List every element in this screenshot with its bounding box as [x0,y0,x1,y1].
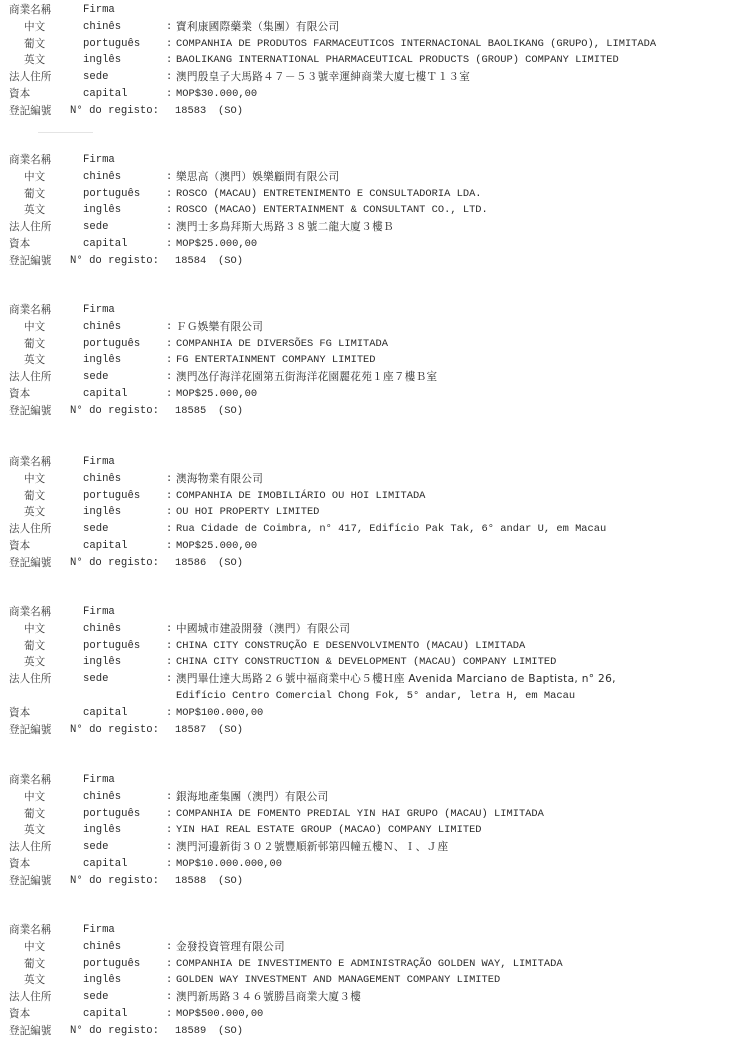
chinese-label-zh: 中文 [24,939,45,956]
company-entry: 商業名稱Firma 中文chinês:寶利康國際藥業（集團）有限公司 葡文por… [9,2,724,120]
colon: : [166,638,172,655]
english-label-zh: 英文 [24,352,45,369]
portuguese-label-pt: português [83,488,140,505]
capital-label-pt: capital [83,705,128,722]
registo-label-pt: N° do registo: [70,403,159,420]
portuguese-name-value: COMPANHIA DE PRODUTOS FARMACEUTICOS INTE… [176,36,656,53]
colon: : [166,386,172,403]
english-name-row: 英文inglês:OU HOI PROPERTY LIMITED [9,504,724,521]
firma-label-pt: Firma [83,152,115,169]
registo-label-pt: N° do registo: [70,555,159,572]
colon: : [166,621,172,638]
sede-label-zh: 法人住所 [9,521,51,538]
chinese-label-pt: chinês [83,471,121,488]
sede-label-zh: 法人住所 [9,989,51,1006]
portuguese-name-value: COMPANHIA DE INVESTIMENTO E ADMINISTRAÇÃ… [176,956,563,973]
firma-row: 商業名稱Firma [9,302,724,319]
chinese-name-value: 樂思高（澳門）娛樂顧問有限公司 [176,169,339,186]
capital-label-pt: capital [83,856,128,873]
firma-label-zh: 商業名稱 [9,772,51,789]
portuguese-label-pt: português [83,956,140,973]
sede-label-zh: 法人住所 [9,219,51,236]
chinese-name-value: 中國城市建設開發（澳門）有限公司 [176,621,350,638]
registo-number: 18587 [175,722,206,739]
portuguese-label-pt: português [83,638,140,655]
portuguese-label-zh: 葡文 [24,336,45,353]
colon: : [166,806,172,823]
registo-number: 18586 [175,555,206,572]
firma-label-pt: Firma [83,302,115,319]
chinese-name-value: 寶利康國際藥業（集團）有限公司 [176,19,339,36]
chinese-name-row: 中文chinês:寶利康國際藥業（集團）有限公司 [9,19,724,36]
portuguese-name-row: 葡文português:COMPANHIA DE IMOBILIÁRIO OU … [9,488,724,505]
sede-label-pt: sede [83,989,108,1006]
colon: : [166,169,172,186]
registo-suffix: (SO) [218,253,243,270]
firma-row: 商業名稱Firma [9,152,724,169]
colon: : [166,19,172,36]
registo-row: 登記編號N° do registo:18585(SO) [9,403,724,420]
chinese-label-pt: chinês [83,169,121,186]
capital-label-pt: capital [83,538,128,555]
firma-label-pt: Firma [83,604,115,621]
sede-row: 法人住所sede:澳門士多鳥拜斯大馬路３８號二龍大廈３樓Ｂ [9,219,724,236]
capital-label-pt: capital [83,386,128,403]
capital-value: MOP$25.000,00 [176,538,257,555]
portuguese-label-pt: português [83,186,140,203]
capital-label-zh: 資本 [9,386,30,403]
sede-value-continued: Edifício Centro Comercial Chong Fok, 5° … [176,688,575,705]
colon: : [166,989,172,1006]
chinese-name-row: 中文chinês:金發投資管理有限公司 [9,939,724,956]
colon: : [166,521,172,538]
colon: : [166,972,172,989]
sede-label-zh: 法人住所 [9,839,51,856]
portuguese-label-zh: 葡文 [24,806,45,823]
firma-label-pt: Firma [83,454,115,471]
chinese-name-row: 中文chinês:澳海物業有限公司 [9,471,724,488]
portuguese-name-row: 葡文português:COMPANHIA DE PRODUTOS FARMAC… [9,36,724,53]
english-name-row: 英文inglês:FG ENTERTAINMENT COMPANY LIMITE… [9,352,724,369]
registo-label-pt: N° do registo: [70,1023,159,1040]
firma-row: 商業名稱Firma [9,2,724,19]
portuguese-label-zh: 葡文 [24,956,45,973]
portuguese-name-value: COMPANHIA DE IMOBILIÁRIO OU HOI LIMITADA [176,488,425,505]
capital-row: 資本capital:MOP$30.000,00 [9,86,724,103]
registo-number: 18584 [175,253,206,270]
sede-value: 澳門新馬路３４６號勝昌商業大廈３樓 [176,989,361,1006]
sede-value: 澳門氹仔海洋花園第五街海洋花園麗花苑１座７樓Ｂ室 [176,369,437,386]
registo-label-zh: 登記編號 [9,722,51,739]
firma-label-pt: Firma [83,922,115,939]
english-label-zh: 英文 [24,202,45,219]
sede-value: Rua Cidade de Coimbra, n° 417, Edifício … [176,521,606,538]
registo-number: 18583 [175,103,206,120]
colon: : [166,219,172,236]
company-entry: 商業名稱Firma 中文chinês:金發投資管理有限公司 葡文portuguê… [9,922,724,1040]
colon: : [166,369,172,386]
capital-value: MOP$25.000,00 [176,236,257,253]
english-name-value: GOLDEN WAY INVESTMENT AND MANAGEMENT COM… [176,972,500,989]
english-label-pt: inglês [83,822,121,839]
colon: : [166,336,172,353]
colon: : [166,956,172,973]
english-label-pt: inglês [83,52,121,69]
firma-row: 商業名稱Firma [9,454,724,471]
registo-suffix: (SO) [218,403,243,420]
firma-label-zh: 商業名稱 [9,604,51,621]
chinese-label-zh: 中文 [24,789,45,806]
english-name-row: 英文inglês:ROSCO (MACAO) ENTERTAINMENT & C… [9,202,724,219]
sede-row: 法人住所sede:澳門殷皇子大馬路４７－５３號幸運紳商業大廈七樓Ｔ１３室 [9,69,724,86]
sede-value: 澳門士多鳥拜斯大馬路３８號二龍大廈３樓Ｂ [176,219,394,236]
english-label-pt: inglês [83,654,121,671]
capital-label-zh: 資本 [9,236,30,253]
capital-label-pt: capital [83,1006,128,1023]
colon: : [166,488,172,505]
portuguese-name-row: 葡文português:COMPANHIA DE DIVERSÕES FG LI… [9,336,724,353]
firma-label-zh: 商業名稱 [9,302,51,319]
company-entry: 商業名稱Firma 中文chinês:ＦＧ娛樂有限公司 葡文português:… [9,302,724,420]
registo-label-zh: 登記編號 [9,403,51,420]
chinese-label-zh: 中文 [24,319,45,336]
portuguese-name-value: CHINA CITY CONSTRUÇÃO E DESENVOLVIMENTO … [176,638,525,655]
registo-label-pt: N° do registo: [70,873,159,890]
portuguese-label-zh: 葡文 [24,186,45,203]
capital-label-zh: 資本 [9,1006,30,1023]
registo-label-zh: 登記編號 [9,555,51,572]
sede-label-zh: 法人住所 [9,69,51,86]
colon: : [166,69,172,86]
capital-row: 資本capital:MOP$25.000,00 [9,386,724,403]
colon: : [166,319,172,336]
chinese-name-row: 中文chinês:中國城市建設開發（澳門）有限公司 [9,621,724,638]
capital-value: MOP$25.000,00 [176,386,257,403]
colon: : [166,186,172,203]
colon: : [166,839,172,856]
firma-label-zh: 商業名稱 [9,922,51,939]
capital-row: 資本capital:MOP$25.000,00 [9,538,724,555]
chinese-name-row: 中文chinês:銀海地產集團（澳門）有限公司 [9,789,724,806]
english-name-value: OU HOI PROPERTY LIMITED [176,504,319,521]
portuguese-name-value: COMPANHIA DE DIVERSÕES FG LIMITADA [176,336,388,353]
portuguese-label-pt: português [83,36,140,53]
chinese-label-zh: 中文 [24,169,45,186]
portuguese-name-row: 葡文português:ROSCO (MACAU) ENTRETENIMENTO… [9,186,724,203]
chinese-label-zh: 中文 [24,19,45,36]
colon: : [166,352,172,369]
sede-row-continued: Edifício Centro Comercial Chong Fok, 5° … [9,688,724,705]
sede-label-pt: sede [83,219,108,236]
english-label-zh: 英文 [24,822,45,839]
firma-label-zh: 商業名稱 [9,152,51,169]
portuguese-label-pt: português [83,336,140,353]
registo-number: 18589 [175,1023,206,1040]
english-label-pt: inglês [83,972,121,989]
sede-label-pt: sede [83,369,108,386]
portuguese-name-value: ROSCO (MACAU) ENTRETENIMENTO E CONSULTAD… [176,186,482,203]
sede-value: 澳門河邊新街３０２號豐順新邨第四幢五樓Ｎ、Ｉ、Ｊ座 [176,839,448,856]
firma-row: 商業名稱Firma [9,772,724,789]
capital-value: MOP$100.000,00 [176,705,263,722]
chinese-name-row: 中文chinês:樂思高（澳門）娛樂顧問有限公司 [9,169,724,186]
chinese-label-pt: chinês [83,319,121,336]
registo-row: 登記編號N° do registo:18588(SO) [9,873,724,890]
firma-label-pt: Firma [83,2,115,19]
english-label-zh: 英文 [24,52,45,69]
registo-label-zh: 登記編號 [9,253,51,270]
sede-label-pt: sede [83,69,108,86]
firma-row: 商業名稱Firma [9,604,724,621]
sede-value: 澳門殷皇子大馬路４７－５３號幸運紳商業大廈七樓Ｔ１３室 [176,69,470,86]
capital-label-zh: 資本 [9,856,30,873]
registo-row: 登記編號N° do registo:18584(SO) [9,253,724,270]
registo-label-pt: N° do registo: [70,103,159,120]
chinese-label-zh: 中文 [24,471,45,488]
sede-row: 法人住所sede:澳門新馬路３４６號勝昌商業大廈３樓 [9,989,724,1006]
colon: : [166,236,172,253]
colon: : [166,52,172,69]
portuguese-name-row: 葡文português:COMPANHIA DE INVESTIMENTO E … [9,956,724,973]
scan-artifact [38,132,93,133]
english-name-row: 英文inglês:CHINA CITY CONSTRUCTION & DEVEL… [9,654,724,671]
capital-row: 資本capital:MOP$100.000,00 [9,705,724,722]
sede-row: 法人住所sede:Rua Cidade de Coimbra, n° 417, … [9,521,724,538]
firma-label-zh: 商業名稱 [9,454,51,471]
chinese-label-pt: chinês [83,19,121,36]
registo-number: 18585 [175,403,206,420]
company-entry: 商業名稱Firma 中文chinês:中國城市建設開發（澳門）有限公司 葡文po… [9,604,724,738]
colon: : [166,471,172,488]
registo-suffix: (SO) [218,103,243,120]
english-name-value: FG ENTERTAINMENT COMPANY LIMITED [176,352,376,369]
english-label-zh: 英文 [24,972,45,989]
english-label-pt: inglês [83,202,121,219]
sede-label-pt: sede [83,671,108,688]
colon: : [166,705,172,722]
firma-label-zh: 商業名稱 [9,2,51,19]
capital-label-pt: capital [83,86,128,103]
registo-row: 登記編號N° do registo:18587(SO) [9,722,724,739]
capital-label-zh: 資本 [9,538,30,555]
sede-row: 法人住所sede:澳門畢仕達大馬路２６號中福商業中心５樓Ｈ座 Avenida M… [9,671,724,688]
capital-value: MOP$500.000,00 [176,1006,263,1023]
colon: : [166,822,172,839]
chinese-name-row: 中文chinês:ＦＧ娛樂有限公司 [9,319,724,336]
sede-label-pt: sede [83,521,108,538]
chinese-label-zh: 中文 [24,621,45,638]
english-name-value: YIN HAI REAL ESTATE GROUP (MACAO) COMPAN… [176,822,482,839]
registo-suffix: (SO) [218,722,243,739]
sede-label-pt: sede [83,839,108,856]
company-entry: 商業名稱Firma 中文chinês:澳海物業有限公司 葡文português:… [9,454,724,572]
colon: : [166,202,172,219]
company-entry: 商業名稱Firma 中文chinês:銀海地產集團（澳門）有限公司 葡文port… [9,772,724,890]
colon: : [166,538,172,555]
english-name-value: CHINA CITY CONSTRUCTION & DEVELOPMENT (M… [176,654,556,671]
english-label-pt: inglês [83,504,121,521]
portuguese-label-zh: 葡文 [24,638,45,655]
colon: : [166,86,172,103]
english-label-zh: 英文 [24,654,45,671]
sede-value: 澳門畢仕達大馬路２６號中福商業中心５樓Ｈ座 Avenida Marciano d… [176,671,616,688]
registo-suffix: (SO) [218,555,243,572]
english-name-value: ROSCO (MACAO) ENTERTAINMENT & CONSULTANT… [176,202,488,219]
registo-number: 18588 [175,873,206,890]
registo-row: 登記編號N° do registo:18586(SO) [9,555,724,572]
firma-row: 商業名稱Firma [9,922,724,939]
registo-suffix: (SO) [218,873,243,890]
registo-label-zh: 登記編號 [9,1023,51,1040]
capital-label-zh: 資本 [9,705,30,722]
sede-row: 法人住所sede:澳門河邊新街３０２號豐順新邨第四幢五樓Ｎ、Ｉ、Ｊ座 [9,839,724,856]
colon: : [166,504,172,521]
chinese-name-value: 澳海物業有限公司 [176,471,263,488]
capital-label-zh: 資本 [9,86,30,103]
portuguese-label-zh: 葡文 [24,488,45,505]
registo-label-pt: N° do registo: [70,722,159,739]
chinese-label-pt: chinês [83,939,121,956]
capital-row: 資本capital:MOP$500.000,00 [9,1006,724,1023]
colon: : [166,939,172,956]
registo-suffix: (SO) [218,1023,243,1040]
english-name-row: 英文inglês:YIN HAI REAL ESTATE GROUP (MACA… [9,822,724,839]
english-label-zh: 英文 [24,504,45,521]
chinese-name-value: 金發投資管理有限公司 [176,939,285,956]
colon: : [166,789,172,806]
english-name-row: 英文inglês:GOLDEN WAY INVESTMENT AND MANAG… [9,972,724,989]
chinese-name-value: 銀海地產集團（澳門）有限公司 [176,789,329,806]
portuguese-name-row: 葡文português:COMPANHIA DE FOMENTO PREDIAL… [9,806,724,823]
portuguese-label-zh: 葡文 [24,36,45,53]
colon: : [166,856,172,873]
chinese-label-pt: chinês [83,789,121,806]
colon: : [166,671,172,688]
capital-value: MOP$10.000.000,00 [176,856,282,873]
capital-value: MOP$30.000,00 [176,86,257,103]
sede-row: 法人住所sede:澳門氹仔海洋花園第五街海洋花園麗花苑１座７樓Ｂ室 [9,369,724,386]
capital-row: 資本capital:MOP$10.000.000,00 [9,856,724,873]
colon: : [166,654,172,671]
portuguese-name-row: 葡文português:CHINA CITY CONSTRUÇÃO E DESE… [9,638,724,655]
capital-row: 資本capital:MOP$25.000,00 [9,236,724,253]
sede-label-zh: 法人住所 [9,369,51,386]
registo-label-zh: 登記編號 [9,103,51,120]
registo-row: 登記編號N° do registo:18589(SO) [9,1023,724,1040]
chinese-name-value: ＦＧ娛樂有限公司 [176,319,263,336]
sede-label-zh: 法人住所 [9,671,51,688]
english-label-pt: inglês [83,352,121,369]
registo-row: 登記編號N° do registo:18583(SO) [9,103,724,120]
english-name-value: BAOLIKANG INTERNATIONAL PHARMACEUTICAL P… [176,52,619,69]
colon: : [166,36,172,53]
english-name-row: 英文inglês:BAOLIKANG INTERNATIONAL PHARMAC… [9,52,724,69]
portuguese-label-pt: português [83,806,140,823]
colon: : [166,1006,172,1023]
registo-label-pt: N° do registo: [70,253,159,270]
registo-label-zh: 登記編號 [9,873,51,890]
firma-label-pt: Firma [83,772,115,789]
company-entry: 商業名稱Firma 中文chinês:樂思高（澳門）娛樂顧問有限公司 葡文por… [9,152,724,270]
chinese-label-pt: chinês [83,621,121,638]
portuguese-name-value: COMPANHIA DE FOMENTO PREDIAL YIN HAI GRU… [176,806,544,823]
capital-label-pt: capital [83,236,128,253]
